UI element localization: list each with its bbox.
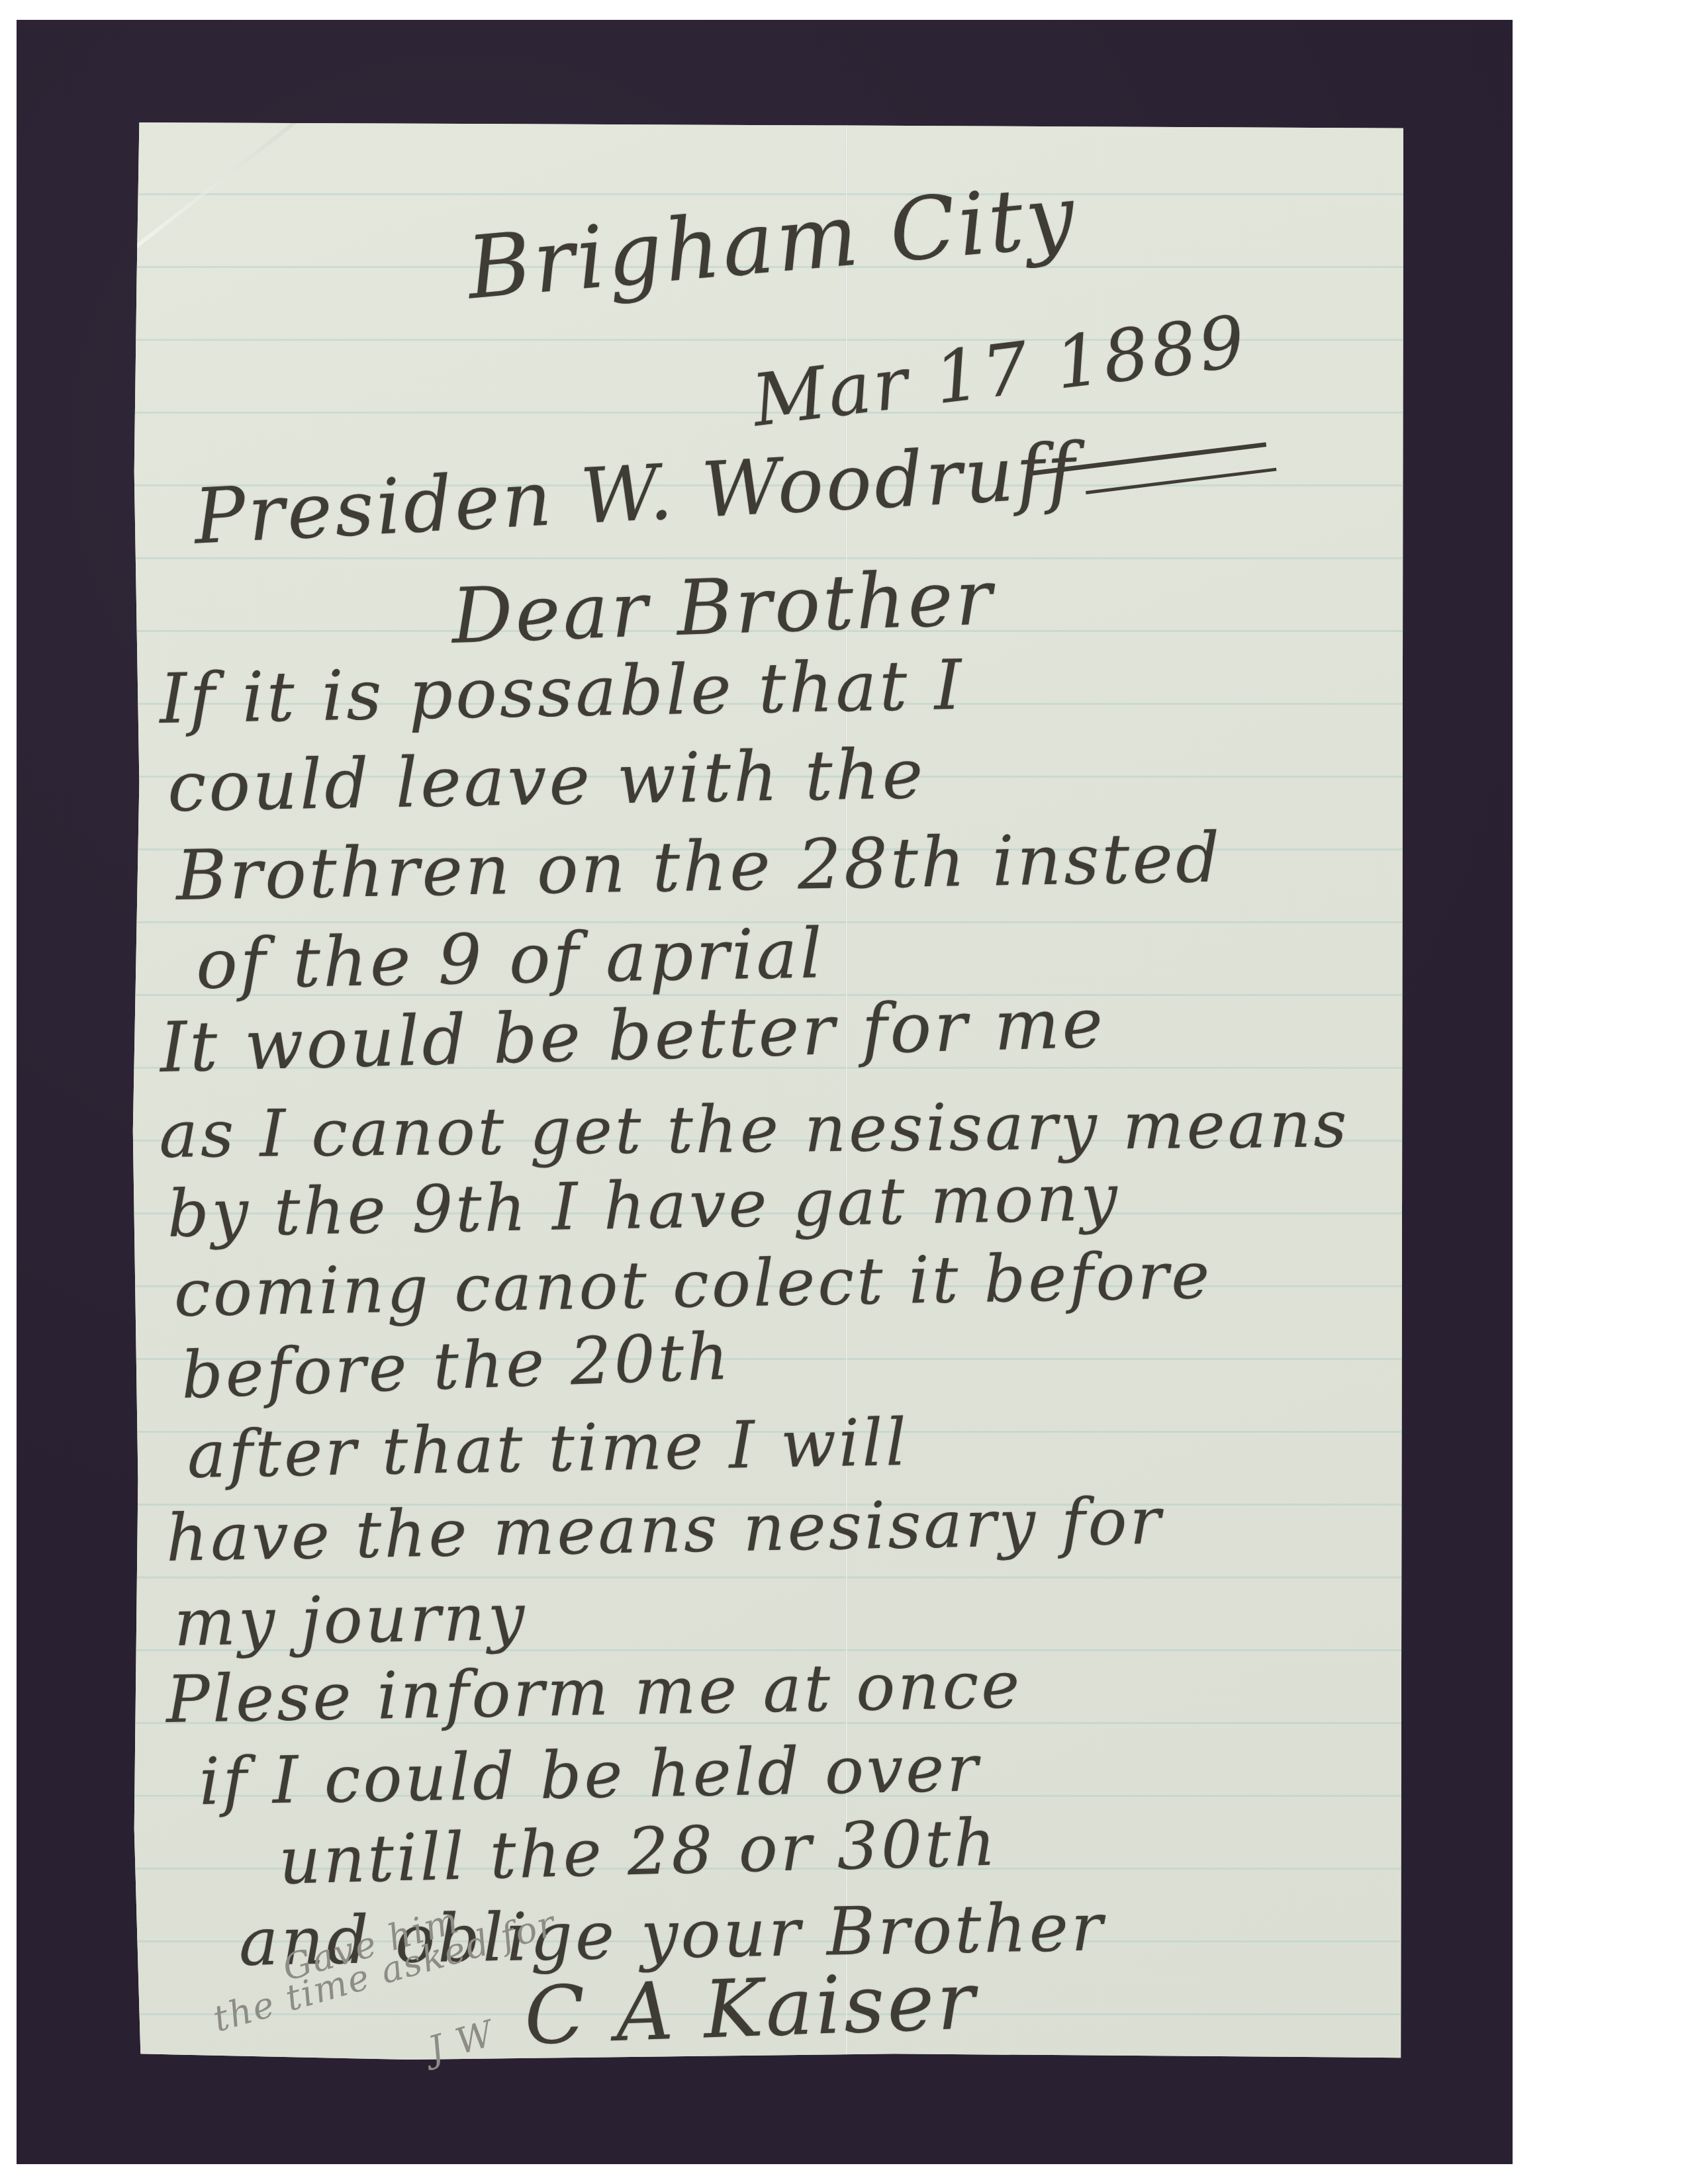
body-line: could leave with the (167, 733, 926, 827)
signature: C A Kaiser (523, 1955, 979, 2063)
body-line: after that time I will (187, 1405, 910, 1493)
body-line: Plese inform me at once (165, 1647, 1023, 1738)
body-line: my journy (173, 1580, 528, 1661)
body-line: If it is possable that I (159, 645, 964, 739)
scan-canvas: Brigham City Mar 17 1889 Presiden W. Woo… (0, 0, 1688, 2184)
body-line: if I could be held over (199, 1731, 981, 1820)
body-line: as I canot get the nesisary means (159, 1087, 1350, 1173)
body-line: of the 9 of aprial (195, 913, 825, 1005)
